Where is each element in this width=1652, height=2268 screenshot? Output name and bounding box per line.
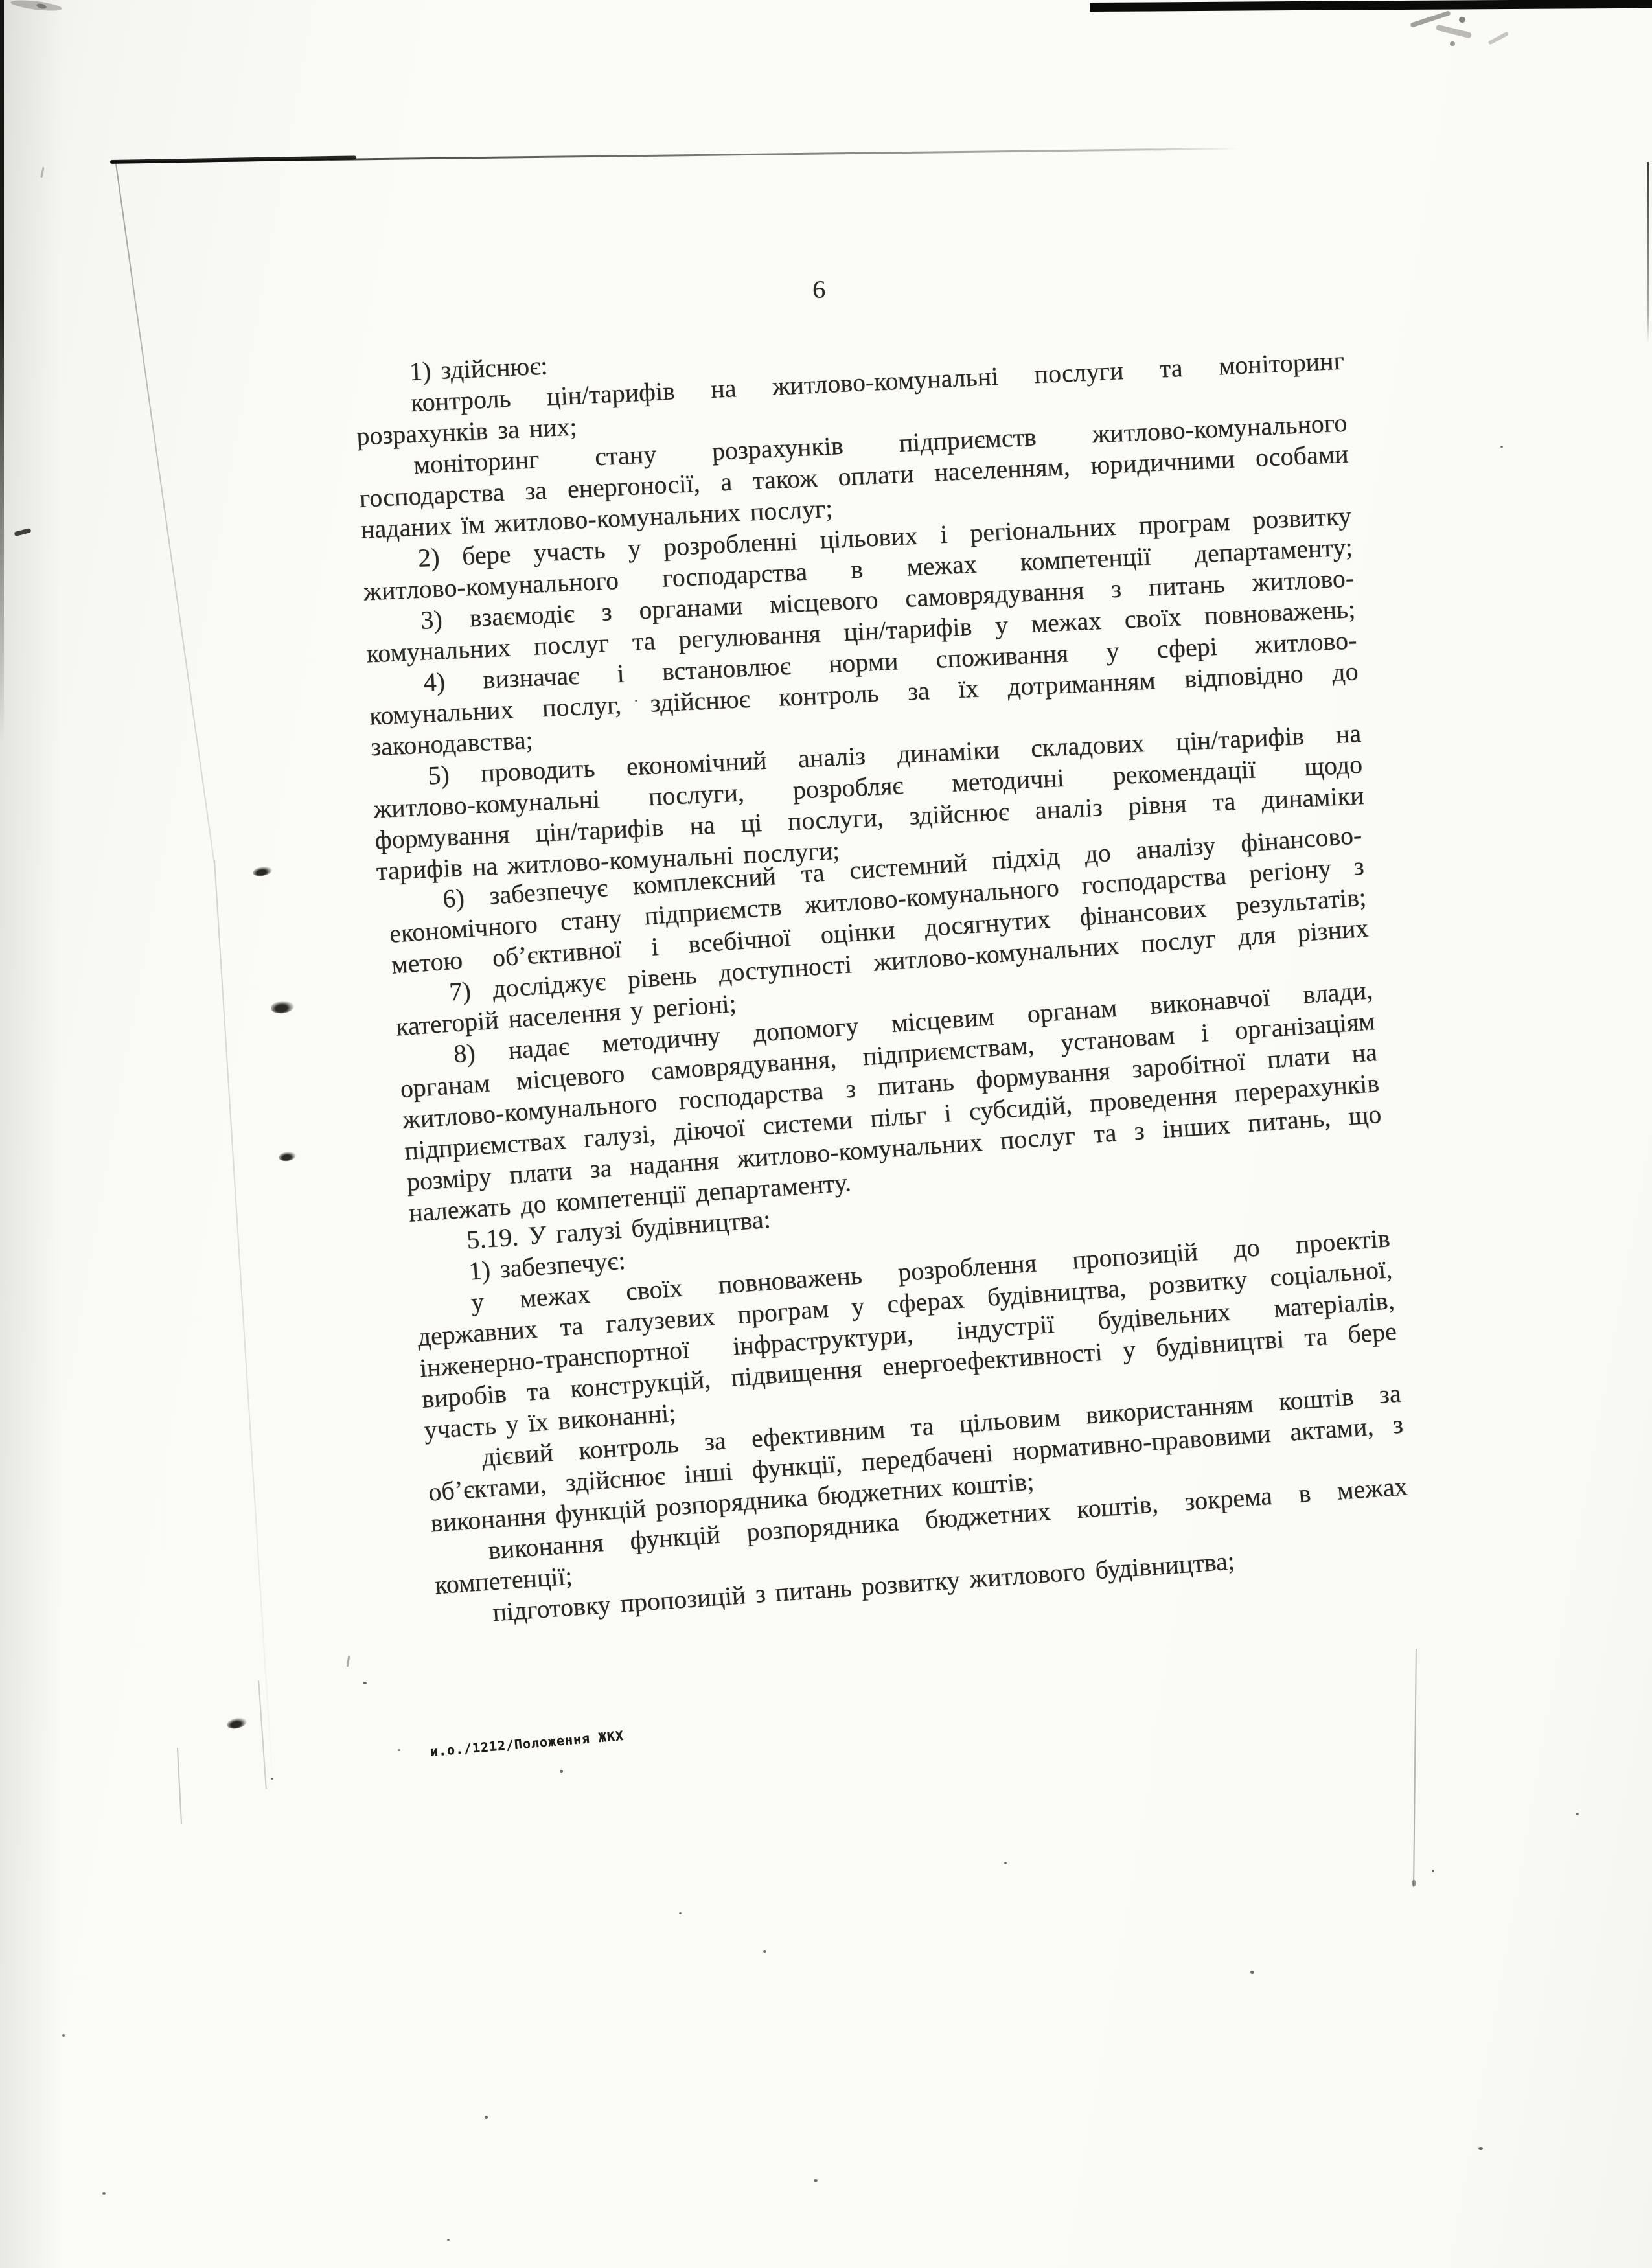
corner-smudge-top-right-1: [1410, 10, 1451, 27]
dust-speck: [271, 1778, 273, 1780]
dust-speck: [814, 2179, 818, 2182]
scanner-shadow-left-band: [0, 0, 62, 2268]
ink-blob-1: [252, 865, 273, 878]
margin-hairline-1: [177, 1748, 182, 1824]
page-right-edge-line: [1647, 162, 1649, 343]
dust-speck: [363, 1682, 367, 1684]
page-left-edge-line-lower: [214, 860, 275, 1804]
dust-speck: [102, 2192, 106, 2195]
ink-blob-2: [270, 1000, 295, 1014]
corner-smudge-top-right-2: [1436, 24, 1473, 38]
dust-speck: [679, 1912, 682, 1914]
page-top-edge-cap: [110, 155, 356, 164]
dust-speck: [763, 1950, 766, 1953]
margin-hairline-2: [258, 1680, 267, 1789]
crease-tip-mark: [1412, 1880, 1416, 1886]
dust-speck: [1478, 2147, 1483, 2150]
corner-smudge-top-right-5: [1450, 41, 1455, 46]
page-number: 6: [812, 273, 827, 304]
margin-curve-mark: [347, 1656, 350, 1667]
dust-speck: [398, 1749, 400, 1751]
dust-speck: [447, 2239, 450, 2241]
dust-speck: [1432, 1870, 1434, 1872]
text-block-lower: 6) забезпечує комплексний та системний п…: [386, 819, 1413, 1632]
ink-blob-4: [226, 1716, 248, 1730]
dust-speck: [1500, 446, 1503, 448]
dust-speck: [485, 2116, 488, 2119]
corner-smudge-top-right-4: [1488, 31, 1509, 45]
dust-speck: [1576, 1813, 1579, 1815]
dust-speck: [1004, 1862, 1007, 1864]
text-block-upper: 1) здійснює:контроль цін/тарифів на житл…: [353, 314, 1366, 887]
scanned-document-page: 6 1) здійснює:контроль цін/тарифів на жи…: [0, 0, 1652, 2268]
dust-speck: [62, 2034, 65, 2037]
ink-blob-3: [278, 1151, 297, 1162]
page-left-edge-line-upper: [115, 164, 215, 864]
crease-line-right: [1413, 1649, 1417, 1887]
scanner-edge-bar-top-right: [1090, 0, 1652, 12]
corner-smudge-top-right-3: [1459, 17, 1465, 23]
footer-reference: и.о./1212/Положення ЖКХ: [430, 1728, 625, 1759]
dust-speck: [560, 1770, 563, 1773]
dust-speck: [1250, 1971, 1254, 1974]
